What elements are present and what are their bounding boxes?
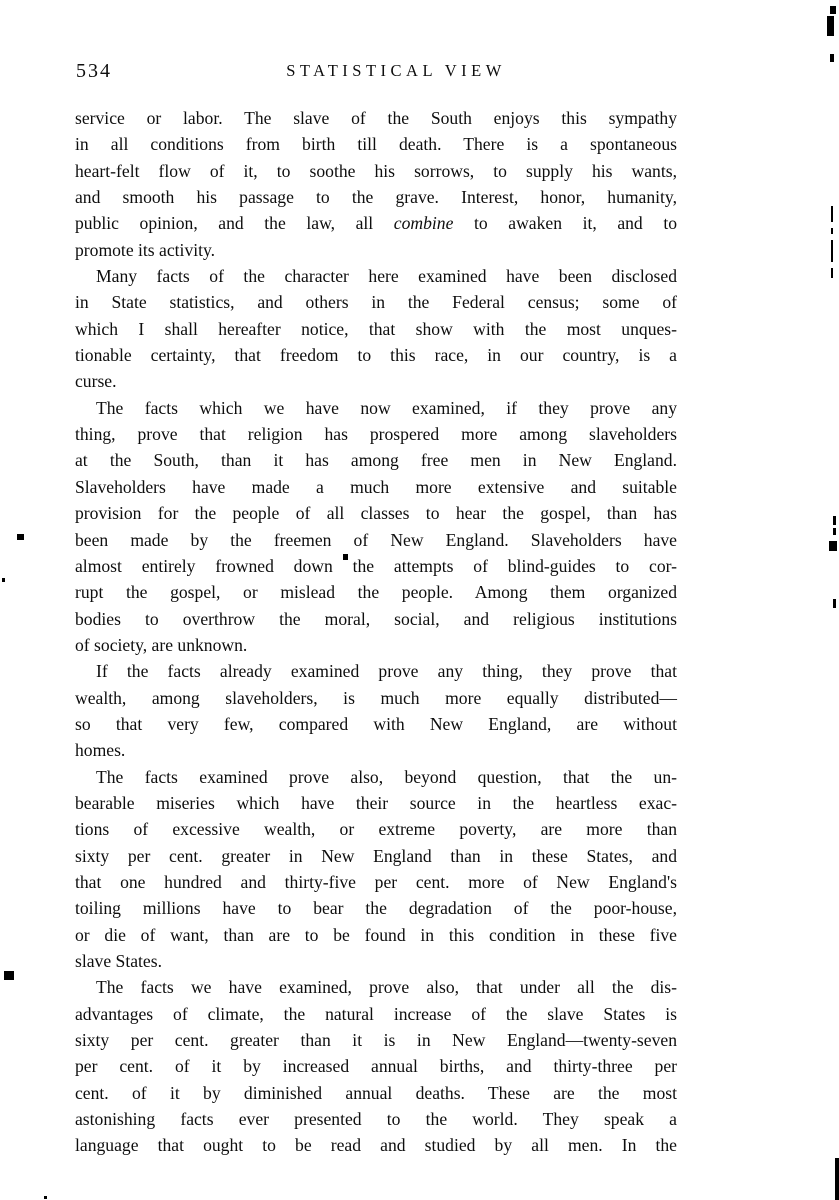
text-line: bodies to overthrow the moral, social, a… xyxy=(75,606,677,632)
text-line: almost entirely frowned down the attempt… xyxy=(75,553,677,579)
text-line: in all conditions from birth till death.… xyxy=(75,131,677,157)
text-line: The facts examined prove also, beyond qu… xyxy=(75,764,677,790)
scan-artifact xyxy=(830,6,836,14)
text-line: Many facts of the character here examine… xyxy=(75,263,677,289)
text-line: heart-felt flow of it, to soothe his sor… xyxy=(75,158,677,184)
text-line: provision for the people of all classes … xyxy=(75,500,677,526)
scan-artifact xyxy=(2,578,5,582)
text-line: so that very few, compared with New Engl… xyxy=(75,711,677,737)
scan-artifact xyxy=(831,240,833,262)
text-line: curse. xyxy=(75,368,677,394)
text-line: promote its activity. xyxy=(75,237,677,263)
page-body: service or labor. The slave of the South… xyxy=(75,105,677,1159)
text-line: which I shall hereafter notice, that sho… xyxy=(75,316,677,342)
text-line: wealth, among slaveholders, is much more… xyxy=(75,685,677,711)
scan-artifact xyxy=(830,54,834,62)
text-line: toiling millions have to bear the degrad… xyxy=(75,895,677,921)
text-line: public opinion, and the law, all combine… xyxy=(75,210,677,236)
paragraph: If the facts already examined prove any … xyxy=(75,658,677,763)
text-line: astonishing facts ever presented to the … xyxy=(75,1106,677,1132)
text-line: Slaveholders have made a much more exten… xyxy=(75,474,677,500)
scan-artifact xyxy=(831,228,833,234)
page-number: 534 xyxy=(76,60,112,83)
scan-artifact xyxy=(17,534,24,540)
scan-artifact xyxy=(831,268,833,278)
scan-artifact xyxy=(833,516,836,525)
paragraph: Many facts of the character here examine… xyxy=(75,263,677,395)
scan-artifact xyxy=(827,16,834,36)
text-line: language that ought to be read and studi… xyxy=(75,1132,677,1158)
text-line: in State statistics, and others in the F… xyxy=(75,289,677,315)
book-page: 534 STATISTICAL VIEW service or labor. T… xyxy=(0,0,839,1200)
text-line: tionable certainty, that freedom to this… xyxy=(75,342,677,368)
running-header: STATISTICAL VIEW xyxy=(250,61,542,81)
text-line: rupt the gospel, or mislead the people. … xyxy=(75,579,677,605)
scan-artifact xyxy=(833,599,836,608)
text-line: The facts we have examined, prove also, … xyxy=(75,974,677,1000)
paragraph: The facts we have examined, prove also, … xyxy=(75,974,677,1158)
text-line: bearable miseries which have their sourc… xyxy=(75,790,677,816)
text-line: and smooth his passage to the grave. Int… xyxy=(75,184,677,210)
text-line: or die of want, than are to be found in … xyxy=(75,922,677,948)
text-line: If the facts already examined prove any … xyxy=(75,658,677,684)
paragraph: service or labor. The slave of the South… xyxy=(75,105,677,263)
scan-artifact xyxy=(835,1158,839,1200)
scan-artifact xyxy=(831,206,833,222)
text-line: been made by the freemen of New England.… xyxy=(75,527,677,553)
text-line: sixty per cent. greater than it is in Ne… xyxy=(75,1027,677,1053)
scan-artifact xyxy=(44,1196,47,1199)
scan-artifact xyxy=(4,971,14,980)
paragraph: The facts examined prove also, beyond qu… xyxy=(75,764,677,975)
text-line: sixty per cent. greater in New England t… xyxy=(75,843,677,869)
text-line: that one hundred and thirty-five per cen… xyxy=(75,869,677,895)
text-line: advantages of climate, the natural incre… xyxy=(75,1001,677,1027)
text-line: tions of excessive wealth, or extreme po… xyxy=(75,816,677,842)
text-line: per cent. of it by increased annual birt… xyxy=(75,1053,677,1079)
text-line: slave States. xyxy=(75,948,677,974)
text-line: service or labor. The slave of the South… xyxy=(75,105,677,131)
text-line: The facts which we have now examined, if… xyxy=(75,395,677,421)
italic-text: combine xyxy=(394,213,454,233)
text-line: homes. xyxy=(75,737,677,763)
text-line: at the South, than it has among free men… xyxy=(75,447,677,473)
text-line: of society, are unknown. xyxy=(75,632,677,658)
text-line: thing, prove that religion has prospered… xyxy=(75,421,677,447)
scan-artifact xyxy=(343,554,348,560)
paragraph: The facts which we have now examined, if… xyxy=(75,395,677,658)
text-line: cent. of it by diminished annual deaths.… xyxy=(75,1080,677,1106)
scan-artifact xyxy=(833,528,836,535)
scan-artifact xyxy=(829,541,837,551)
